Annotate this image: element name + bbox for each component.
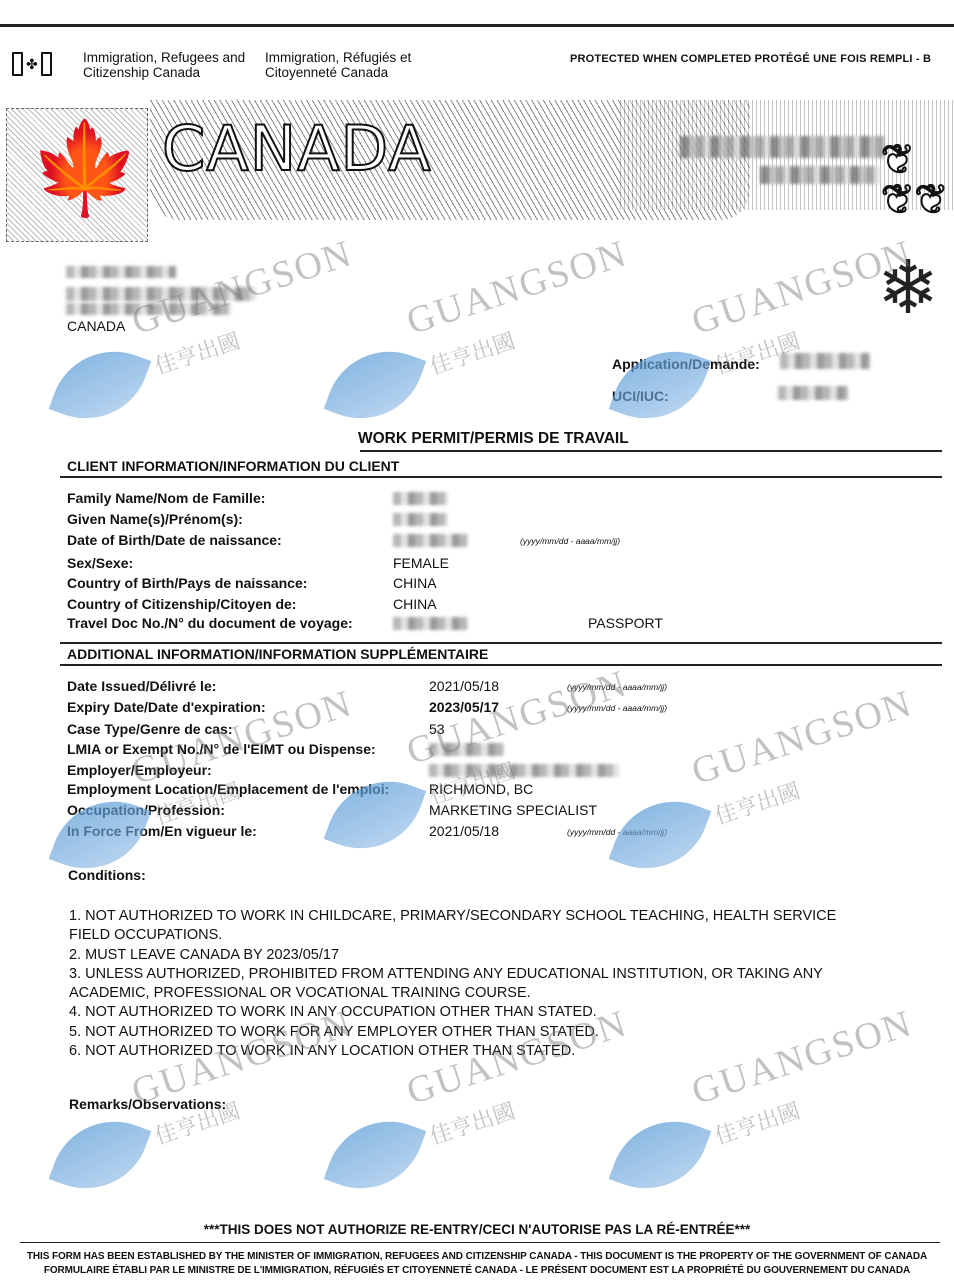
document-title: WORK PERMIT/PERMIS DE TRAVAIL	[358, 430, 629, 448]
redacted-address-line-1	[66, 287, 256, 301]
watermark-chinese: 佳亨出國	[425, 1094, 518, 1151]
field-value: CHINA	[393, 575, 437, 591]
footer-line-en: THIS FORM HAS BEEN ESTABLISHED BY THE MI…	[0, 1251, 954, 1262]
field-label: Date Issued/Délivré le:	[67, 678, 216, 694]
field-value: 53	[429, 721, 445, 737]
field-label: In Force From/En vigueur le:	[67, 823, 257, 839]
canada-flag-icon: ✤	[12, 52, 52, 76]
field-value: 2023/05/17	[429, 699, 499, 715]
footer-line-fr: FORMULAIRE ÉTABLI PAR LE MINISTRE DE L'I…	[0, 1265, 954, 1276]
condition-item: 2. MUST LEAVE CANADA BY 2023/05/17	[69, 946, 849, 965]
client-section-rule	[60, 476, 942, 478]
reentry-notice: ***THIS DOES NOT AUTHORIZE RE-ENTRY/CECI…	[0, 1222, 954, 1237]
swoosh-logo-icon	[49, 1104, 152, 1207]
watermark-chinese: 佳亨出國	[710, 1094, 803, 1151]
redacted-value	[393, 617, 468, 630]
field-label: Occupation/Profession:	[67, 802, 225, 818]
swoosh-logo-icon	[609, 1104, 712, 1207]
redacted-address-line-2	[66, 303, 231, 315]
maple-leaf-seal-icon: 🍁	[6, 108, 148, 242]
date-format-hint: (yyyy/mm/dd - aaaa/mm/jj)	[567, 827, 667, 837]
redacted-document-number	[680, 136, 885, 158]
field-label: Case Type/Genre de cas:	[67, 721, 232, 737]
field-value: FEMALE	[393, 555, 449, 571]
condition-item: 3. UNLESS AUTHORIZED, PROHIBITED FROM AT…	[69, 965, 849, 1004]
field-label: Given Name(s)/Prénom(s):	[67, 511, 243, 527]
additional-section-top-rule	[60, 642, 942, 644]
banner-title: CANADA	[162, 112, 432, 185]
conditions-label: Conditions:	[68, 867, 146, 883]
redacted-value	[429, 743, 504, 756]
redacted-uci	[778, 386, 848, 400]
travel-doc-type: PASSPORT	[588, 615, 663, 631]
redacted-application-number	[780, 353, 870, 369]
swoosh-logo-icon	[609, 334, 712, 437]
conditions-list: 1. NOT AUTHORIZED TO WORK IN CHILDCARE, …	[69, 907, 849, 1061]
condition-item: 6. NOT AUTHORIZED TO WORK IN ANY LOCATIO…	[69, 1042, 849, 1061]
field-label: Employment Location/Emplacement de l'emp…	[67, 781, 389, 797]
field-label: LMIA or Exempt No./N° de l'EIMT ou Dispe…	[67, 741, 376, 757]
redacted-value	[429, 764, 619, 777]
protected-notice: PROTECTED WHEN COMPLETED PROTÉGÉ UNE FOI…	[570, 53, 931, 65]
swoosh-logo-icon	[324, 334, 427, 437]
client-section-title: CLIENT INFORMATION/INFORMATION DU CLIENT	[67, 458, 399, 474]
snowflake-emblem-icon: ❄	[868, 245, 948, 330]
watermark-word: GUANGSON	[686, 681, 918, 794]
redacted-value	[393, 534, 468, 547]
field-label: Travel Doc No./N° du document de voyage:	[67, 615, 353, 631]
department-name-en: Immigration, Refugees and Citizenship Ca…	[83, 50, 263, 80]
condition-item: 4. NOT AUTHORIZED TO WORK IN ANY OCCUPAT…	[69, 1003, 849, 1022]
uci-label: UCI/IUC:	[612, 388, 669, 404]
additional-section-title: ADDITIONAL INFORMATION/INFORMATION SUPPL…	[67, 646, 488, 662]
redacted-value	[393, 492, 448, 505]
department-header: ✤ Immigration, Refugees and Citizenship …	[12, 48, 52, 76]
condition-item: 5. NOT AUTHORIZED TO WORK FOR ANY EMPLOY…	[69, 1023, 849, 1042]
date-format-hint: (yyyy/mm/dd - aaaa/mm/jj)	[520, 536, 620, 546]
watermark-chinese: 佳亨出國	[425, 324, 518, 381]
field-label: Sex/Sexe:	[67, 555, 133, 571]
field-label: Expiry Date/Date d'expiration:	[67, 699, 266, 715]
condition-item: 1. NOT AUTHORIZED TO WORK IN CHILDCARE, …	[69, 907, 849, 946]
field-value: CHINA	[393, 596, 437, 612]
field-label: Employer/Employeur:	[67, 762, 212, 778]
swoosh-logo-icon	[324, 764, 427, 867]
field-value: MARKETING SPECIALIST	[429, 802, 597, 818]
department-name-fr: Immigration, Réfugiés et Citoyenneté Can…	[265, 50, 445, 80]
application-label: Application/Demande:	[612, 356, 760, 372]
date-format-hint: (yyyy/mm/dd - aaaa/mm/jj)	[567, 703, 667, 713]
watermark-chinese: 佳亨出國	[150, 324, 243, 381]
field-label: Country of Birth/Pays de naissance:	[67, 575, 307, 591]
redacted-document-code	[760, 166, 880, 184]
watermark-word: GUANGSON	[401, 231, 633, 344]
footer-rule	[20, 1242, 940, 1243]
swoosh-logo-icon	[324, 1104, 427, 1207]
title-rule	[360, 450, 942, 452]
watermark-chinese: 佳亨出國	[710, 774, 803, 831]
field-label: Family Name/Nom de Famille:	[67, 490, 265, 506]
field-value: 2021/05/18	[429, 678, 499, 694]
swoosh-logo-icon	[49, 334, 152, 437]
address-country: CANADA	[67, 318, 125, 334]
additional-section-rule	[60, 664, 942, 666]
redacted-name	[66, 266, 176, 278]
redacted-value	[393, 513, 448, 526]
date-format-hint: (yyyy/mm/dd - aaaa/mm/jj)	[567, 682, 667, 692]
remarks-label: Remarks/Observations:	[69, 1096, 226, 1112]
top-edge	[0, 0, 954, 27]
field-label: Date of Birth/Date de naissance:	[67, 532, 282, 548]
field-label: Country of Citizenship/Citoyen de:	[67, 596, 296, 612]
canada-banner: 🍁 CANADA ❦❦❦	[0, 100, 954, 245]
maple-leaves-icon: ❦❦❦	[881, 140, 948, 220]
field-value: RICHMOND, BC	[429, 781, 533, 797]
field-value: 2021/05/18	[429, 823, 499, 839]
